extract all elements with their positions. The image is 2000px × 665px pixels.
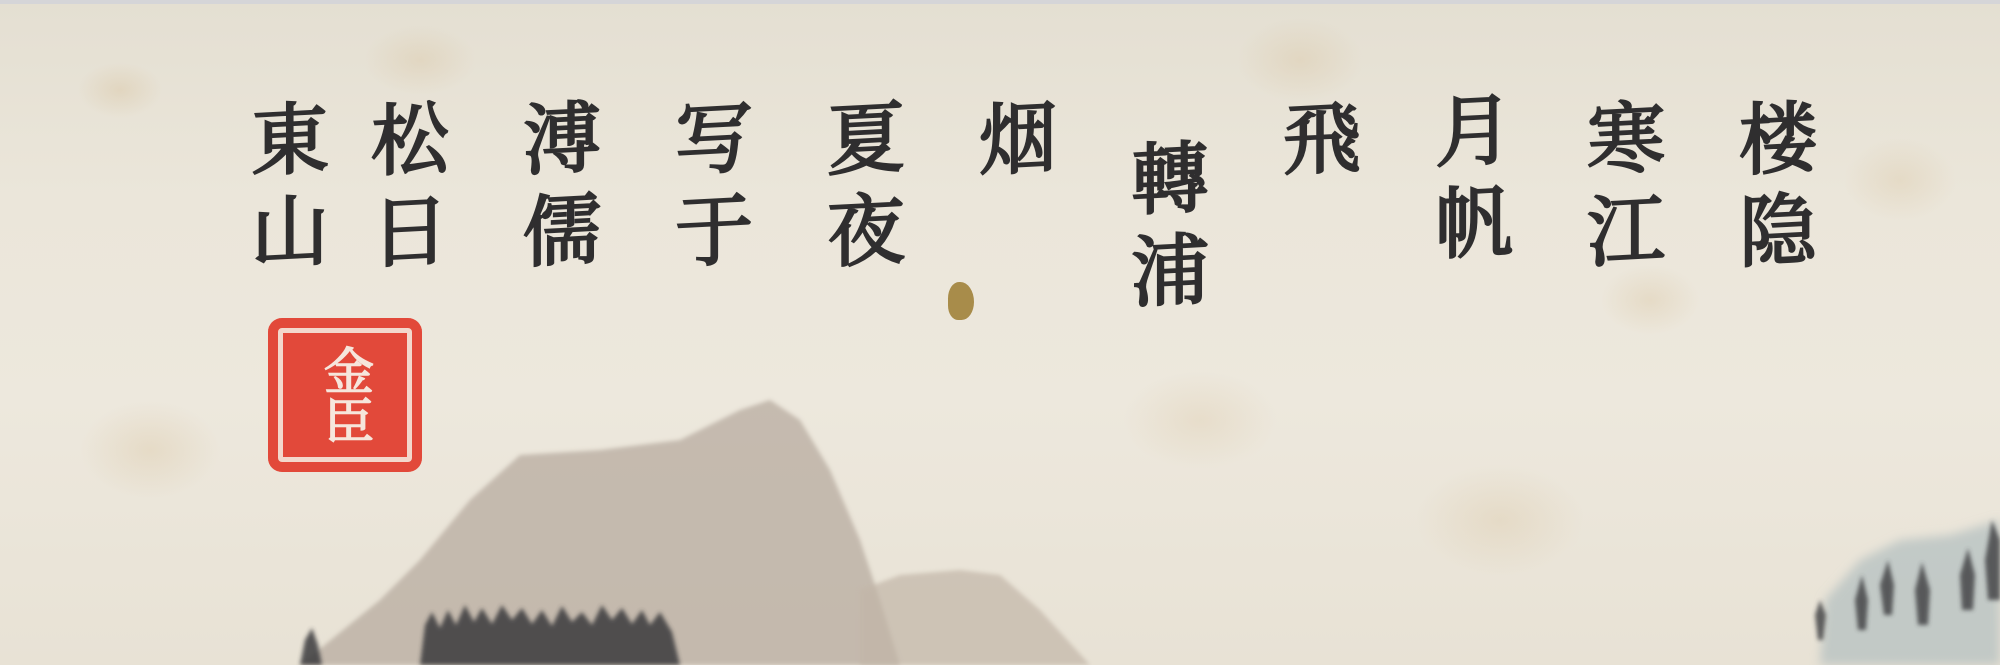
inscription-column-9: 溥儒 (442, 96, 594, 404)
inscription-column-5: 轉浦 (1050, 136, 1202, 404)
inscription-column-7: 夏夜 (746, 96, 898, 404)
inscription-column-3: 月帆 (1354, 88, 1506, 404)
calligraphy-inscription: 楼隐 寒江 月帆 飛 轉浦 烟 夏夜 写于 溥儒 松日 東山 (202, 100, 1810, 400)
red-seal-stamp: 金臣 (268, 318, 422, 472)
inscription-column-2: 寒江 (1506, 96, 1658, 404)
inscription-column-1: 楼隐 (1658, 96, 1810, 404)
painting-scroll: 楼隐 寒江 月帆 飛 轉浦 烟 夏夜 写于 溥儒 松日 東山 金臣 (0, 0, 2000, 665)
inscription-column-4: 飛 (1202, 96, 1354, 404)
inscription-column-6: 烟 (898, 96, 1050, 404)
inscription-column-8: 写于 (594, 96, 746, 404)
seal-text: 金臣 (320, 345, 370, 445)
